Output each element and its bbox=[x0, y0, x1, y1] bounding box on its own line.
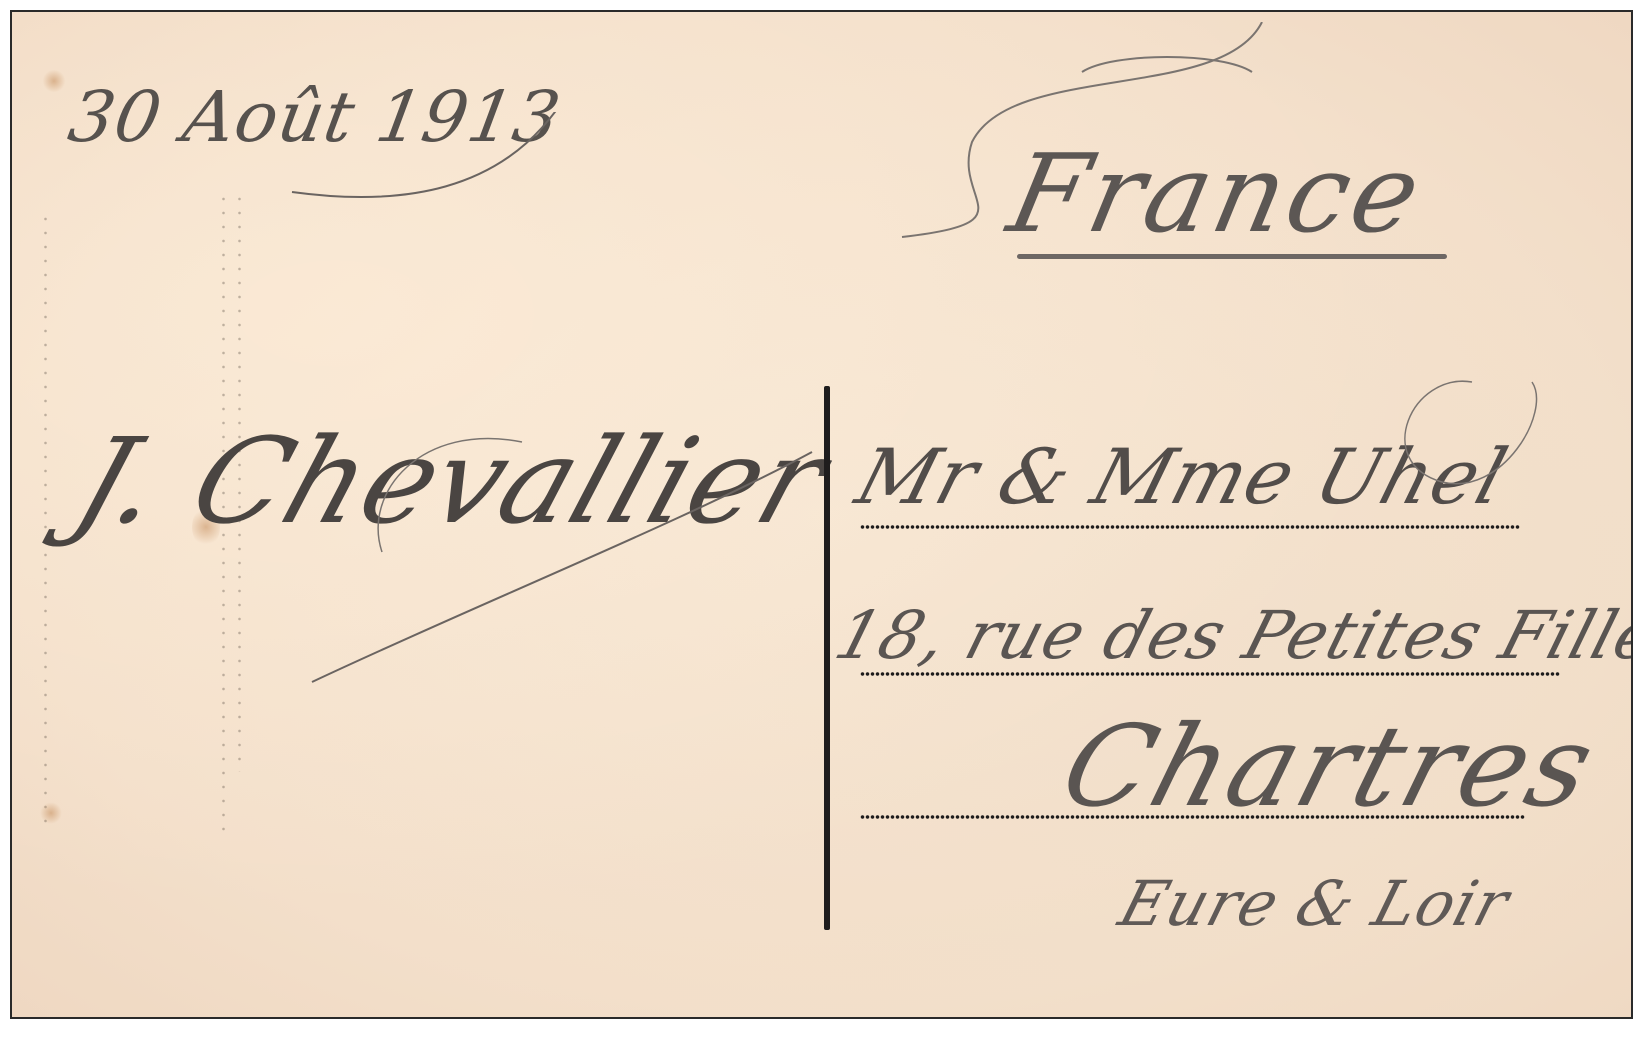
foxing-stain bbox=[40, 802, 62, 824]
street-address: 18, rue des Petites Filles Dieu bbox=[827, 597, 1633, 674]
page: 30 Août 1913 France J. Chevallier Mr & M… bbox=[0, 0, 1645, 1041]
address-divider-line bbox=[824, 386, 830, 930]
faint-print-trace bbox=[44, 212, 47, 832]
signature-flourish bbox=[302, 432, 842, 702]
foxing-stain bbox=[42, 70, 66, 92]
country-underline bbox=[1017, 254, 1447, 259]
postcard: 30 Août 1913 France J. Chevallier Mr & M… bbox=[10, 10, 1633, 1019]
city: Chartres bbox=[1048, 702, 1610, 832]
region: Eure & Loir bbox=[1112, 867, 1518, 940]
recipient-flourish bbox=[1352, 372, 1572, 532]
date-flourish bbox=[282, 112, 582, 212]
country-handwriting: France bbox=[999, 132, 1434, 257]
